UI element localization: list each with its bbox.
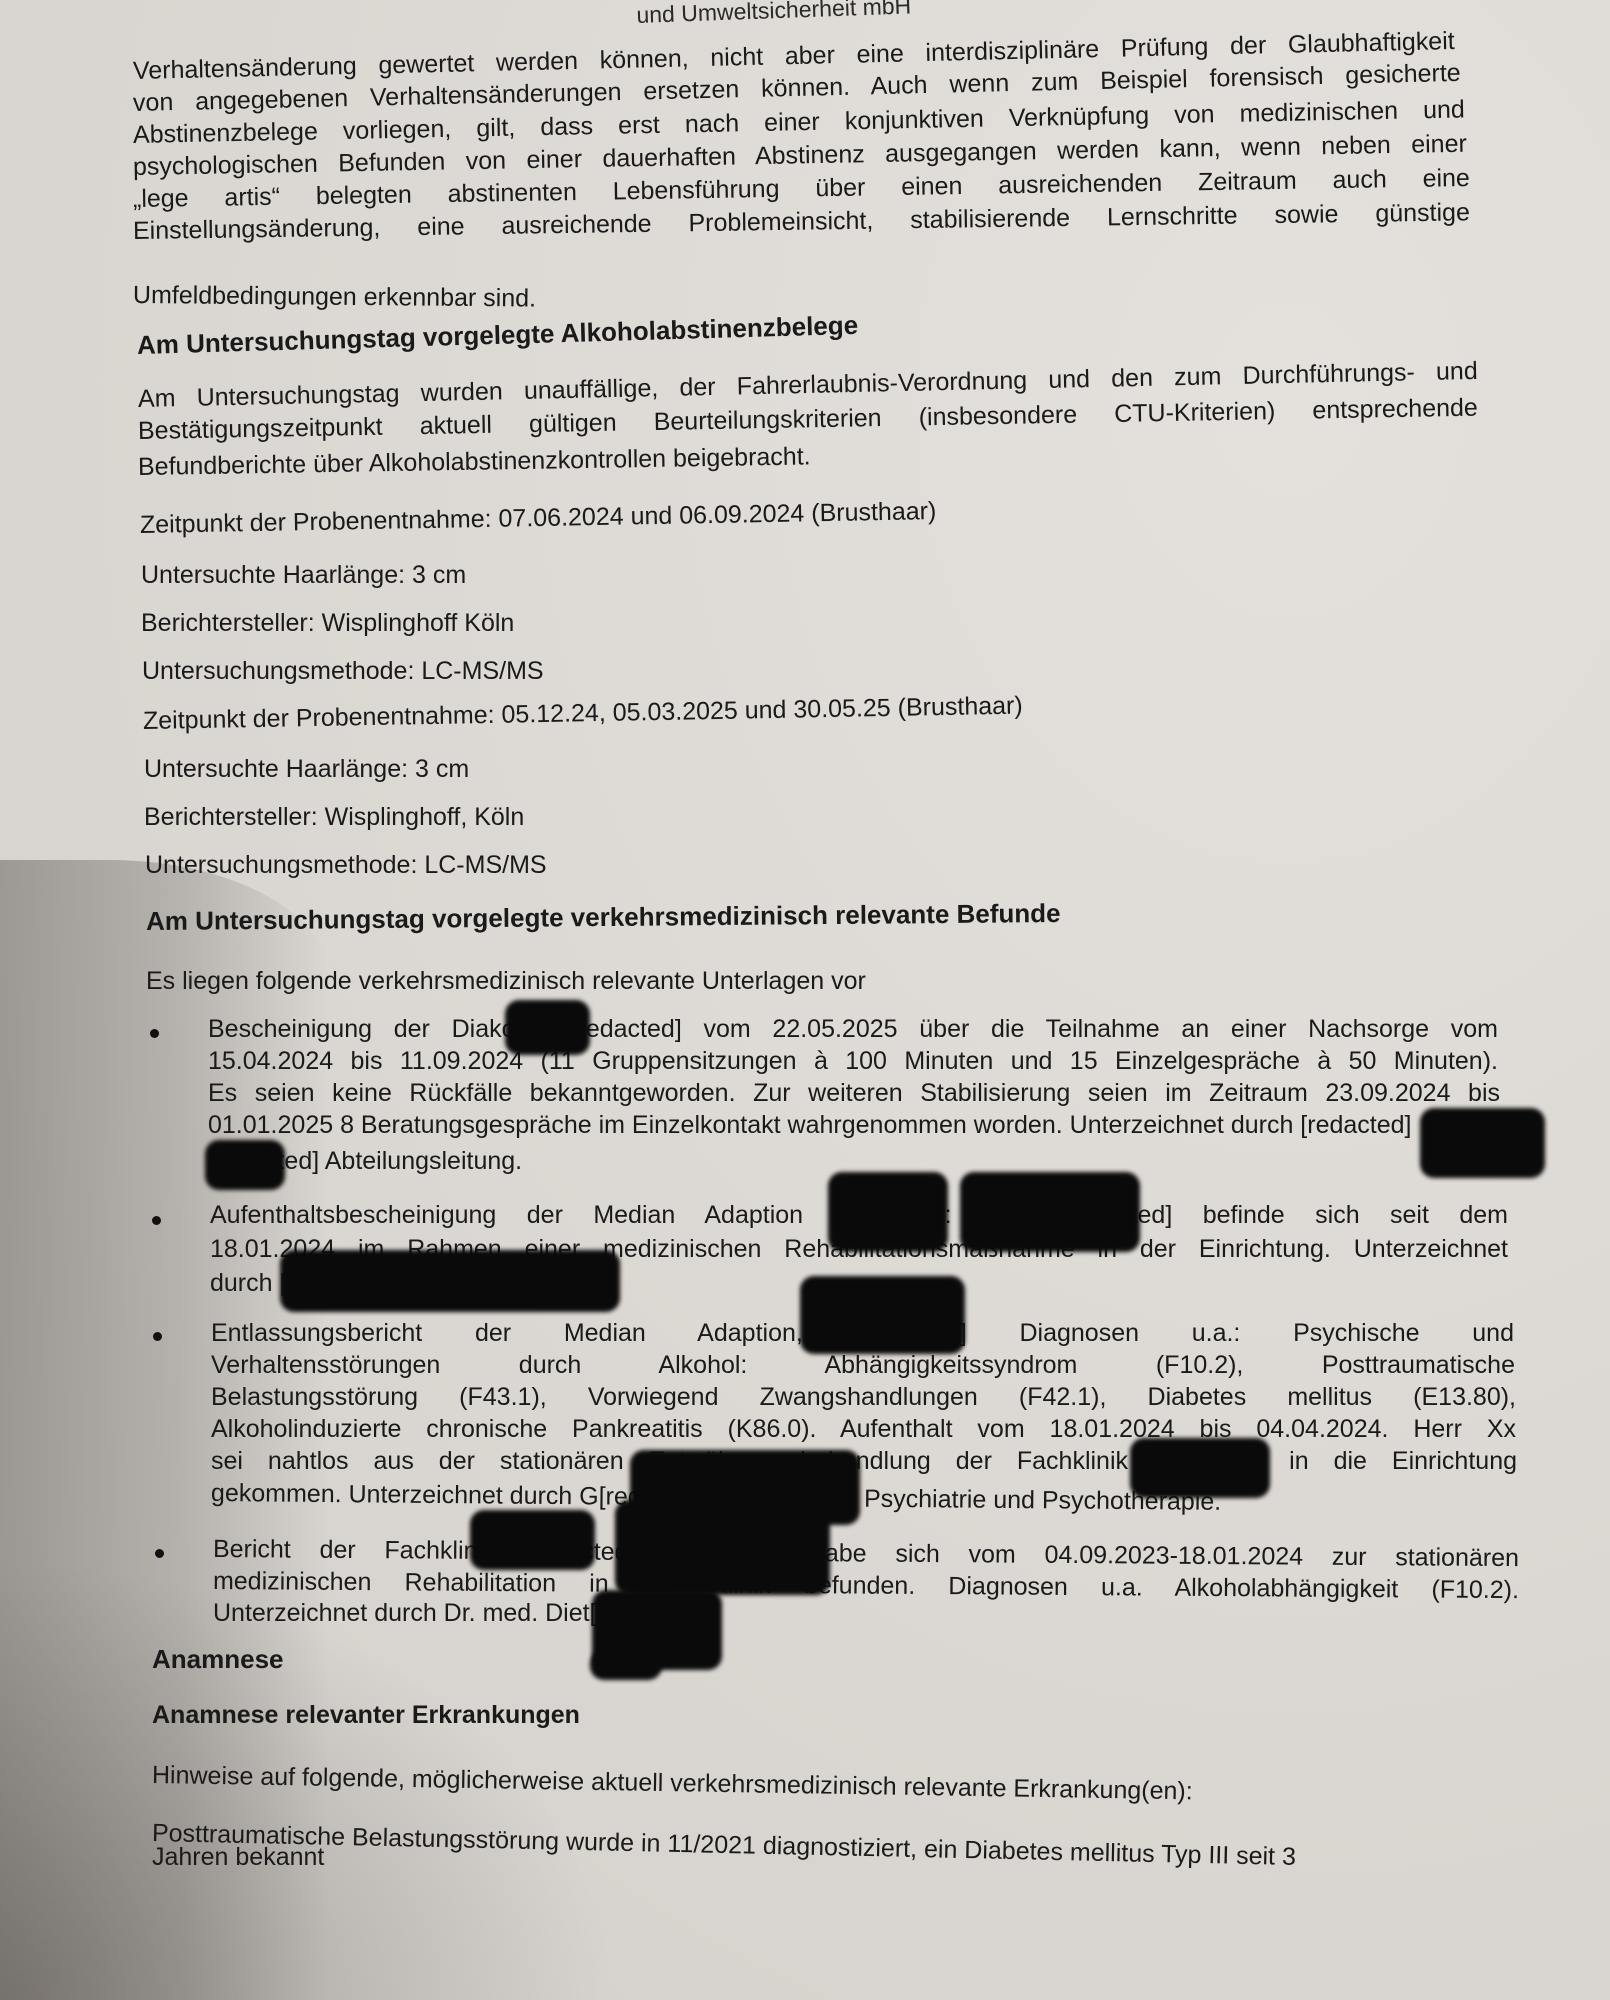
item-line: 01.01.2025 8 Beratungsgespräche im Einze… [208,1110,1412,1140]
item-line: Bescheinigung der Diakonie [redacted] vo… [208,1014,1498,1044]
section-heading-findings: Am Untersuchungstag vorgelegte verkehrsm… [146,898,1061,936]
section-heading-anamnesis: Anamnese [152,1644,284,1674]
redaction-mark [828,1172,948,1252]
redaction-mark [280,1250,620,1312]
item-line: Alkoholinduzierte chronische Pankreatiti… [211,1414,1516,1444]
item-line: Verhaltensstörungen durch Alkohol: Abhän… [211,1350,1515,1380]
redaction-mark [205,1140,285,1190]
abstinence-paragraph-line: Befundberichte über Alkoholabstinenzkont… [138,441,811,482]
anamnesis-text-line: Jahren bekannt [152,1842,324,1872]
redaction-mark [1420,1108,1545,1178]
redaction-mark [470,1510,595,1570]
redaction-mark [960,1172,1140,1252]
bullet-icon [153,1332,162,1341]
report-sampling: Zeitpunkt der Probenentnahme: 07.06.2024… [140,496,937,540]
report-hair-length: Untersuchte Haarlänge: 3 cm [144,754,469,784]
redaction-mark [615,1500,830,1595]
document-page: und Umweltsicherheit mbH Verhaltensänder… [0,0,1610,2000]
bullet-icon [150,1029,159,1038]
intro-line: Umfeldbedingungen erkennbar sind. [133,280,536,314]
item-line: 15.04.2024 bis 11.09.2024 (11 Gruppensit… [208,1046,1498,1076]
findings-intro: Es liegen folgende verkehrsmedizinisch r… [146,966,866,996]
report-method: Untersuchungsmethode: LC-MS/MS [145,850,547,880]
page-header-fragment: und Umweltsicherheit mbH [636,0,912,29]
redaction-mark [590,1650,662,1680]
subheading-anamnesis-diseases: Anamnese relevanter Erkrankungen [152,1700,580,1730]
report-sampling: Zeitpunkt der Probenentnahme: 05.12.24, … [143,691,1023,736]
redaction-mark [1130,1438,1270,1498]
item-line: sei nahtlos aus der stationären Entwöhnu… [211,1446,1517,1476]
redaction-mark [505,1000,590,1055]
redaction-mark [800,1276,965,1354]
bullet-icon [155,1549,164,1558]
anamnesis-intro: Hinweise auf folgende, möglicherweise ak… [152,1760,1193,1806]
report-reporter: Berichtersteller: Wisplinghoff, Köln [144,802,524,832]
bullet-icon [152,1216,161,1225]
item-line: Es seien keine Rückfälle bekanntgeworden… [208,1078,1500,1108]
report-reporter: Berichtersteller: Wisplinghoff Köln [141,608,514,638]
report-method: Untersuchungsmethode: LC-MS/MS [142,656,544,686]
report-hair-length: Untersuchte Haarlänge: 3 cm [141,560,466,590]
item-line: Belastungsstörung (F43.1), Vorwiegend Zw… [211,1382,1516,1412]
section-heading-abstinence: Am Untersuchungstag vorgelegte Alkoholab… [137,310,859,360]
